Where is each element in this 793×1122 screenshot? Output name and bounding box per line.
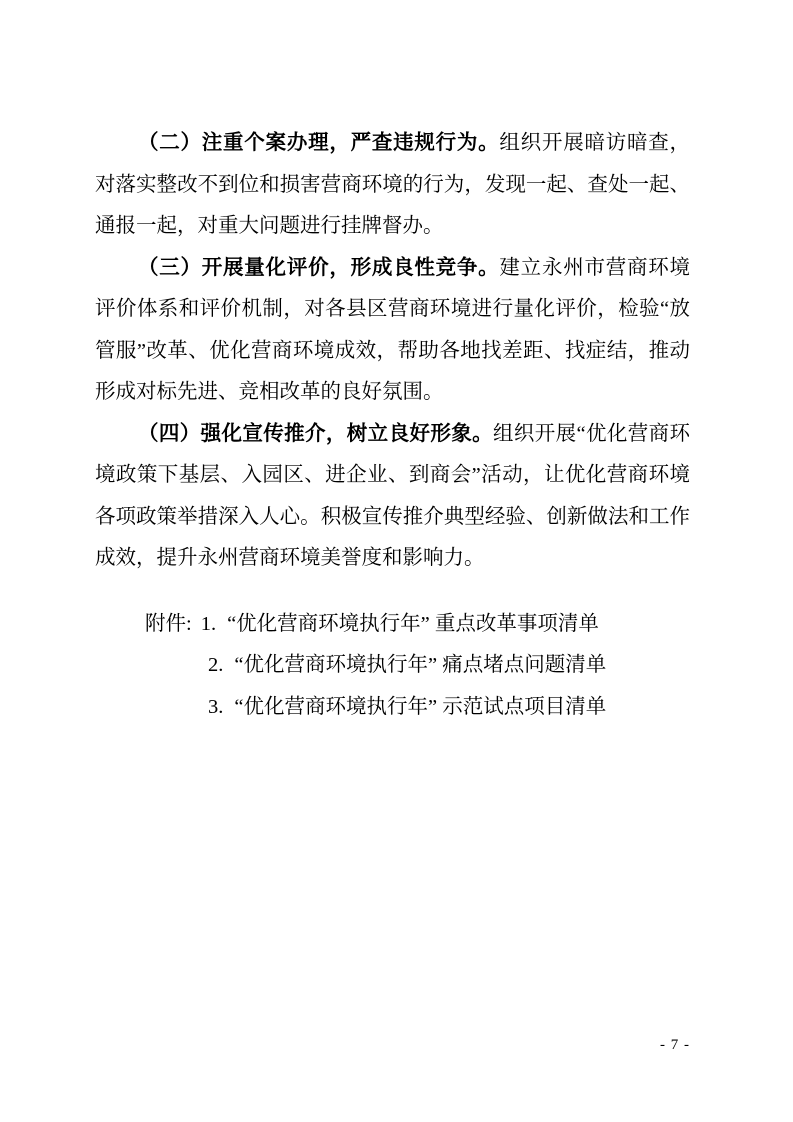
attachment-2-title: “优化营商环境执行年” 痛点堵点问题清单 xyxy=(234,654,606,676)
paragraph-3: （三）开展量化评价，形成良性竞争。建立永州市营商环境评价体系和评价机制，对各县区… xyxy=(95,248,690,414)
attachments-label: 附件: xyxy=(145,613,192,635)
attachment-item-2: 2.“优化营商环境执行年” 痛点堵点问题清单 xyxy=(208,645,690,687)
document-body: （二）注重个案办理，严查违规行为。组织开展暗访暗查，对落实整改不到位和损害营商环… xyxy=(95,123,690,728)
paragraph-2: （二）注重个案办理，严查违规行为。组织开展暗访暗查，对落实整改不到位和损害营商环… xyxy=(95,123,690,248)
document-page: （二）注重个案办理，严查违规行为。组织开展暗访暗查，对落实整改不到位和损害营商环… xyxy=(0,0,793,1122)
attachment-item-1: 附件:1.“优化营商环境执行年” 重点改革事项清单 xyxy=(145,604,690,646)
page-number: - 7 - xyxy=(660,1036,690,1054)
attachment-3-number: 3. xyxy=(208,696,223,718)
paragraph-4-lead: （四）强化宣传推介，树立良好形象。 xyxy=(138,423,493,445)
attachment-1-number: 1. xyxy=(201,613,216,635)
paragraph-3-lead: （三）开展量化评价，形成良性竞争。 xyxy=(138,257,499,279)
attachment-item-3: 3.“优化营商环境执行年” 示范试点项目清单 xyxy=(208,687,690,729)
attachments-section: 附件:1.“优化营商环境执行年” 重点改革事项清单 2.“优化营商环境执行年” … xyxy=(95,604,690,729)
attachment-3-title: “优化营商环境执行年” 示范试点项目清单 xyxy=(234,696,606,718)
attachment-2-number: 2. xyxy=(208,654,223,676)
paragraph-4: （四）强化宣传推介，树立良好形象。组织开展“优化营商环境政策下基层、入园区、进企… xyxy=(95,414,690,580)
attachment-1-title: “优化营商环境执行年” 重点改革事项清单 xyxy=(227,613,599,635)
paragraph-2-lead: （二）注重个案办理，严查违规行为。 xyxy=(138,132,499,154)
